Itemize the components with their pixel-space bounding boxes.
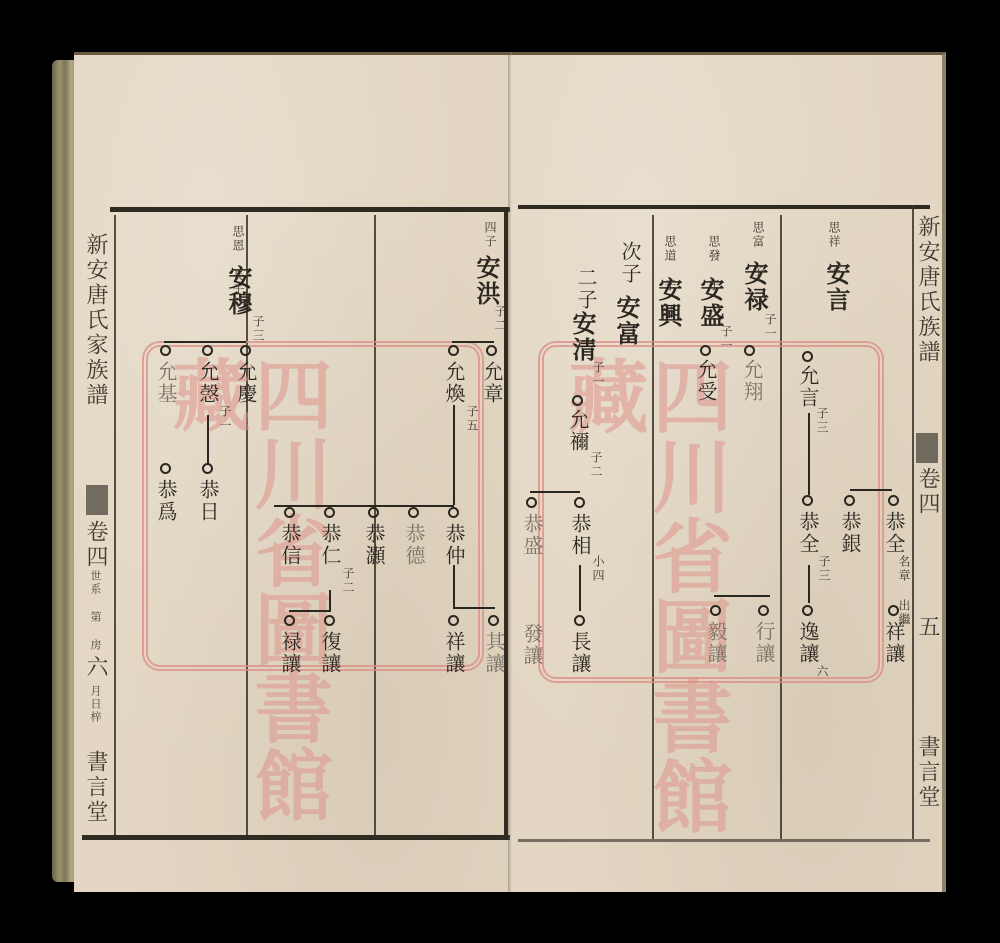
node-circle [202,463,213,474]
grandchild-name: 恭德 [404,523,424,567]
child-name: 允禰 [568,409,588,453]
node-circle [408,507,419,518]
great-grandchild-name: 復讓 [320,631,340,675]
grandchild-annotation: 名章 出繼 [898,555,910,627]
child-name: 允慶 [236,361,256,405]
entry-annotation: 子一 [720,325,732,353]
entry-annotation: 子二 [494,305,506,333]
node-circle [448,507,459,518]
margin-volume: 卷四 [84,520,106,570]
node-circle [802,495,813,506]
branch-line [530,491,580,493]
node-circle [888,605,899,616]
great-grandchild-name: 其讓 [484,631,504,675]
node-circle [488,615,499,626]
child-annotation: 子一 [219,405,231,433]
great-grandchild-name: 發讓 [522,623,542,667]
node-circle [160,345,171,356]
great-grandchild-name: 祥讓 [444,631,464,675]
child-annotation: 子二 [590,451,602,479]
branch-line [453,607,495,609]
margin-page-number: 五 [916,615,938,640]
margin-hall-name: 書言堂 [84,750,106,825]
node-circle [844,495,855,506]
entry-name: 安洪 [474,255,498,307]
child-name: 允愨 [198,361,218,405]
node-circle [324,615,335,626]
top-frame-rule [518,205,930,209]
branch-line [714,595,770,597]
descent-line [453,565,455,609]
descent-line [579,565,581,611]
entry-name: 安富 [614,295,638,347]
margin-rule [912,205,914,839]
great-grandchild-name: 長讓 [570,631,590,675]
grandchild-name: 恭仲 [444,523,464,567]
child-name: 允言 [798,365,818,409]
margin-sub-note: 月日梓 [90,685,101,724]
entry-annotation: 子三 [252,315,264,343]
node-circle [448,615,459,626]
grandchild-annotation: 子二 [342,567,354,595]
node-circle [324,507,335,518]
node-circle [284,615,295,626]
great-grandchild-name: 行讓 [754,621,774,665]
child-annotation: 子三 [816,407,828,435]
entry-annotation: 子一 [592,361,604,389]
margin-hall-name: 書言堂 [916,735,938,810]
left-page: 新安唐氏家族譜 卷四 世系 第 房 六 月日梓 書言堂 四川省圖書館藏 思恩 長… [74,52,512,892]
node-circle [758,605,769,616]
descent-line [329,590,331,612]
grandchild-name: 恭相 [570,513,590,557]
node-circle [574,615,585,626]
node-circle [240,345,251,356]
node-circle [802,605,813,616]
child-name: 允煥 [444,361,464,405]
branch-line [850,489,892,491]
entry-annotation: 子一 [764,313,776,341]
entry-name: 安穆 [226,265,250,317]
margin-title: 新安唐氏族譜 [916,215,938,365]
branch-line [289,610,331,612]
node-circle [448,345,459,356]
descent-line [808,413,810,495]
margin-volume: 卷四 [916,467,938,517]
node-circle [710,605,721,616]
great-grandchild-name: 毅讓 [706,621,726,665]
grandchild-name: 恭日 [198,479,218,523]
margin-title: 新安唐氏家族譜 [84,233,106,408]
margin-page-number: 六 [84,655,106,680]
node-circle [202,345,213,356]
entry-name: 安興 [656,277,680,329]
child-name: 允翔 [742,359,762,403]
grandchild-annotation: 子三 [818,555,830,583]
margin-rule [114,215,116,835]
great-grandchild-name: 禄讓 [280,631,300,675]
margin-notes: 世系 第 房 [90,570,101,652]
grandchild-name: 恭全 [798,511,818,555]
entry-name: 安盛 [698,277,722,329]
node-circle [526,497,537,508]
descent-line [808,565,810,603]
descent-line [207,415,209,465]
node-circle [744,345,755,356]
node-circle [284,507,295,518]
grandchild-annotation: 小四 [592,555,604,583]
fish-tail-mark [86,485,108,515]
open-book: 新安唐氏家族譜 卷四 世系 第 房 六 月日梓 書言堂 四川省圖書館藏 思恩 長… [52,52,950,892]
entry-name: 安言 [824,261,848,313]
grandchild-name: 恭信 [280,523,300,567]
branch-line [274,505,454,507]
right-page: 新安唐氏族譜 卷四 五 書言堂 四川省圖書館藏 思祥 子 安言 思富 子 安禄 … [512,52,946,892]
seal-characters: 四川省圖書館藏 [164,355,328,892]
entry-note: 四子 [484,221,496,249]
child-name: 允章 [482,361,502,405]
node-circle [486,345,497,356]
node-circle [802,351,813,362]
node-circle [574,497,585,508]
grandchild-name: 恭盛 [522,513,542,557]
entry-note: 二子 [576,267,596,311]
node-circle [572,395,583,406]
grandchild-name: 恭銀 [840,511,860,555]
child-name: 允基 [156,361,176,405]
grandchild-name: 恭全 [884,511,904,555]
great-grandchild-name: 逸讓 [798,621,818,665]
grandchild-name: 恭仁 [320,523,340,567]
node-circle [888,495,899,506]
entry-note: 次子 [620,241,640,285]
top-frame-rule [110,207,510,212]
entry-name: 安禄 [742,261,766,313]
great-grandchild-name: 祥讓 [884,621,904,665]
branch-line [452,341,494,343]
descent-line [453,405,455,505]
child-annotation: 子五 [466,405,478,433]
child-name: 允受 [696,359,716,403]
great-grandchild-annotation: 六 [816,665,828,679]
grandchild-name: 恭爲 [156,479,176,523]
node-circle [700,345,711,356]
node-circle [160,463,171,474]
entry-name: 安清 [570,311,594,363]
fish-tail-mark [916,433,938,463]
branch-line [164,341,246,343]
grandchild-name: 恭灝 [364,523,384,567]
node-circle [368,507,379,518]
